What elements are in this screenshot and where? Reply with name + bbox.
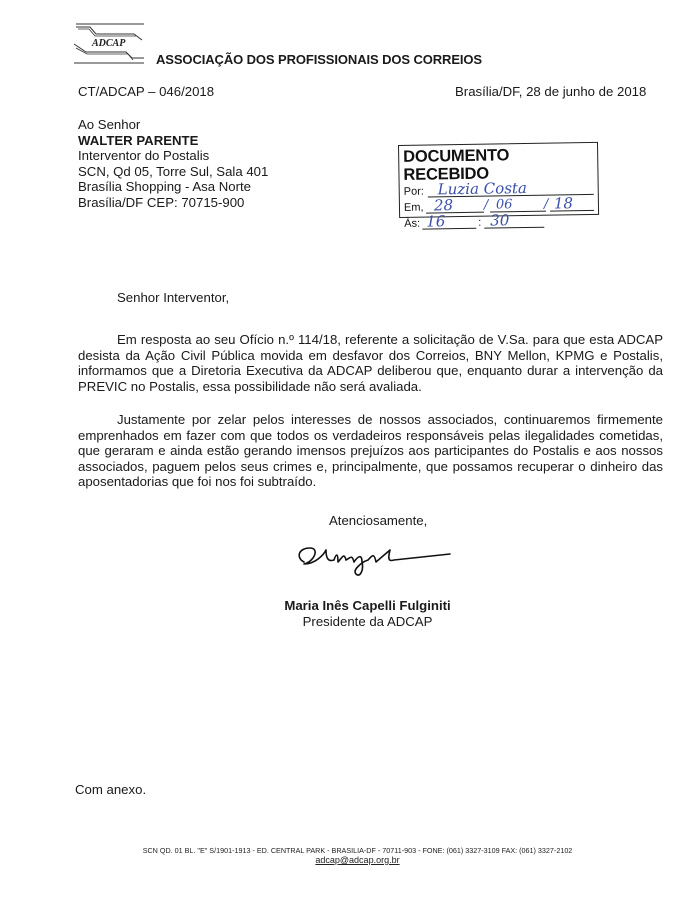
stamp-label-em: Em, [404, 200, 424, 216]
annex-note: Com anexo. [75, 782, 146, 798]
recipient-name: WALTER PARENTE [78, 133, 268, 149]
adcap-logo: ADCAP [70, 22, 146, 64]
stamp-handwritten-hour: 16 [426, 214, 445, 229]
salutation: Senhor Interventor, [117, 290, 229, 306]
svg-text:ADCAP: ADCAP [91, 38, 126, 49]
body-paragraph-1: Em resposta ao seu Ofício n.º 114/18, re… [78, 332, 663, 394]
closing: Atenciosamente, [329, 513, 427, 529]
stamp-label-por: Por: [404, 184, 424, 200]
stamp-handwritten-month: 06 [496, 197, 513, 212]
recipient-title: Interventor do Postalis [78, 148, 268, 164]
adcap-logo-icon: ADCAP [70, 22, 146, 64]
recipient-block: Ao Senhor WALTER PARENTE Interventor do … [78, 117, 268, 211]
recipient-greeting: Ao Senhor [78, 117, 268, 133]
recipient-address-line: Brasília Shopping - Asa Norte [78, 179, 268, 195]
date-line: Brasília/DF, 28 de junho de 2018 [455, 84, 646, 100]
footer-email-link[interactable]: adcap@adcap.org.br [30, 855, 685, 866]
body-paragraph-text: Em resposta ao seu Ofício n.º 114/18, re… [78, 332, 663, 394]
stamp-label-as: Às: [404, 216, 420, 232]
signer-role: Presidente da ADCAP [50, 614, 685, 630]
stamp-handwritten-year: 18 [554, 196, 573, 211]
document-reference: CT/ADCAP – 046/2018 [78, 84, 214, 100]
handwritten-signature [290, 540, 460, 580]
signer-block: Maria Inês Capelli Fulginiti Presidente … [0, 598, 685, 629]
body-paragraph-2: Justamente por zelar pelos interesses de… [78, 412, 663, 490]
recipient-address-line: SCN, Qd 05, Torre Sul, Sala 401 [78, 164, 268, 180]
stamp-title: DOCUMENTO RECEBIDO [403, 145, 594, 184]
stamp-separator: / [484, 198, 489, 213]
received-stamp: DOCUMENTO RECEBIDO Por: Luzia Costa Em, … [398, 142, 599, 218]
stamp-row-as: Às: 16 : 30 [404, 213, 594, 232]
stamp-handwritten-name: Luzia Costa [438, 181, 527, 197]
recipient-address-line: Brasília/DF CEP: 70715-900 [78, 195, 268, 211]
stamp-handwritten-minute: 30 [490, 213, 509, 228]
stamp-handwritten-day: 28 [434, 198, 453, 213]
body-paragraph-text: Justamente por zelar pelos interesses de… [78, 412, 663, 490]
footer-address: SCN QD. 01 BL. "E" S/1901-1913 - ED. CEN… [30, 846, 685, 855]
signer-name: Maria Inês Capelli Fulginiti [50, 598, 685, 614]
stamp-separator: / [544, 197, 549, 212]
footer: SCN QD. 01 BL. "E" S/1901-1913 - ED. CEN… [0, 846, 685, 866]
signature-icon [290, 540, 460, 580]
organization-name: ASSOCIAÇÃO DOS PROFISSIONAIS DOS CORREIO… [156, 52, 482, 67]
stamp-separator: : [478, 215, 481, 231]
